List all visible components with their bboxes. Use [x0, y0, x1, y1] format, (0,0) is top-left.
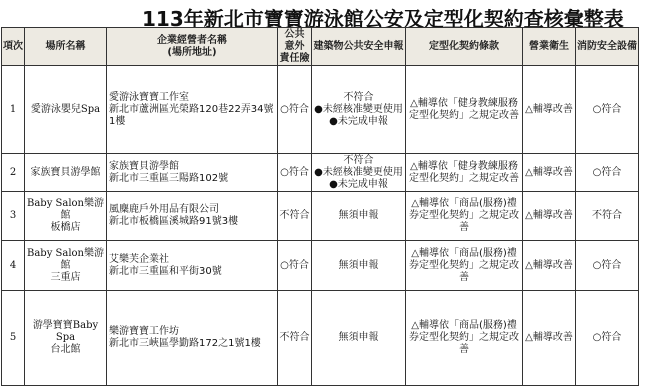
table-row: 2 家族寶貝游學館 家族寶貝游學館 新北市三重區三陽路102號 ○符合 不符合 …	[2, 154, 639, 192]
cell-fire: ○符合	[576, 154, 639, 192]
cell-building: 無須申報	[312, 192, 406, 241]
col-header-no: 項次	[2, 28, 25, 66]
table-row: 5 游學寶寶Baby Spa 台北館 樂游寶寶工作坊 新北市三峽區學勤路172之…	[2, 291, 639, 386]
cell-building: 不符合 ●未經核准變更使用 ●未完成申報	[312, 154, 406, 192]
operator-address: 新北市蘆洲區光榮路120巷22弄34號1樓	[109, 104, 276, 128]
col-header-fire: 消防安全設備	[576, 28, 639, 66]
col-header-building: 建築物公共安全申報	[312, 28, 406, 66]
operator-name: 家族寶貝游學館	[109, 161, 276, 173]
cell-fire: ○符合	[576, 66, 639, 154]
operator-name: 艾樂芙企業社	[109, 254, 276, 266]
cell-fire: ○符合	[576, 291, 639, 386]
cell-building: 不符合 ●未經核准變更使用 ●未完成申報	[312, 66, 406, 154]
cell-building: 無須申報	[312, 291, 406, 386]
operator-address: 新北市三重區和平街30號	[109, 266, 276, 278]
cell-operator: 樂游寶寶工作坊 新北市三峽區學勤路172之1號1樓	[107, 291, 278, 386]
operator-name: 樂游寶寶工作坊	[109, 326, 276, 338]
cell-contract: △輔導依「健身教練服務 定型化契約」之規定改善	[406, 154, 523, 192]
cell-insurance: ○符合	[278, 154, 312, 192]
cell-operator: 家族寶貝游學館 新北市三重區三陽路102號	[107, 154, 278, 192]
cell-insurance: 不符合	[278, 291, 312, 386]
cell-operator: 愛游泳寶寶工作室 新北市蘆洲區光榮路120巷22弄34號1樓	[107, 66, 278, 154]
cell-operator: 風麋鹿戶外用品有限公司 新北市板橋區溪城路91號3樓	[107, 192, 278, 241]
cell-insurance: ○符合	[278, 241, 312, 291]
cell-venue: 游學寶寶Baby Spa 台北館	[25, 291, 107, 386]
col-header-hygiene: 營業衛生	[523, 28, 576, 66]
operator-address: 新北市三重區三陽路102號	[109, 173, 276, 185]
cell-operator: 艾樂芙企業社 新北市三重區和平街30號	[107, 241, 278, 291]
cell-no: 1	[2, 66, 25, 154]
cell-hygiene: △輔導改善	[523, 66, 576, 154]
cell-hygiene: △輔導改善	[523, 192, 576, 241]
table-row: 4 Baby Salon樂游館 三重店 艾樂芙企業社 新北市三重區和平街30號 …	[2, 241, 639, 291]
col-header-contract: 定型化契約條款	[406, 28, 523, 66]
operator-address: 新北市板橋區溪城路91號3樓	[109, 216, 276, 228]
cell-hygiene: △輔導改善	[523, 241, 576, 291]
col-header-operator: 企業經營者名稱 (場所地址)	[107, 28, 278, 66]
table-row: 3 Baby Salon樂游館 板橋店 風麋鹿戶外用品有限公司 新北市板橋區溪城…	[2, 192, 639, 241]
cell-venue: 愛游泳嬰兒Spa	[25, 66, 107, 154]
cell-contract: △輔導依「商品(服務)禮 券定型化契約」之規定改 善	[406, 241, 523, 291]
col-header-insurance: 公共 意外 責任險	[278, 28, 312, 66]
cell-contract: △輔導依「商品(服務)禮 券定型化契約」之規定改 善	[406, 192, 523, 241]
table-row: 1 愛游泳嬰兒Spa 愛游泳寶寶工作室 新北市蘆洲區光榮路120巷22弄34號1…	[2, 66, 639, 154]
cell-no: 4	[2, 241, 25, 291]
cell-venue: Baby Salon樂游館 板橋店	[25, 192, 107, 241]
cell-no: 2	[2, 154, 25, 192]
operator-address: 新北市三峽區學勤路172之1號1樓	[109, 338, 276, 350]
cell-no: 3	[2, 192, 25, 241]
cell-hygiene: △輔導改善	[523, 154, 576, 192]
cell-contract: △輔導依「健身教練服務 定型化契約」之規定改善	[406, 66, 523, 154]
cell-contract: △輔導依「商品(服務)禮 券定型化契約」之規定改 善	[406, 291, 523, 386]
cell-insurance: 不符合	[278, 192, 312, 241]
cell-no: 5	[2, 291, 25, 386]
cell-venue: Baby Salon樂游館 三重店	[25, 241, 107, 291]
operator-name: 愛游泳寶寶工作室	[109, 92, 276, 104]
cell-fire: 不符合	[576, 192, 639, 241]
operator-name: 風麋鹿戶外用品有限公司	[109, 204, 276, 216]
header-row: 項次 場所名稱 企業經營者名稱 (場所地址) 公共 意外 責任險 建築物公共安全…	[2, 28, 639, 66]
cell-building: 無須申報	[312, 241, 406, 291]
inspection-table: 項次 場所名稱 企業經營者名稱 (場所地址) 公共 意外 責任險 建築物公共安全…	[1, 27, 639, 386]
col-header-venue: 場所名稱	[25, 28, 107, 66]
cell-fire: ○符合	[576, 241, 639, 291]
cell-insurance: ○符合	[278, 66, 312, 154]
cell-hygiene: △輔導改善	[523, 291, 576, 386]
cell-venue: 家族寶貝游學館	[25, 154, 107, 192]
